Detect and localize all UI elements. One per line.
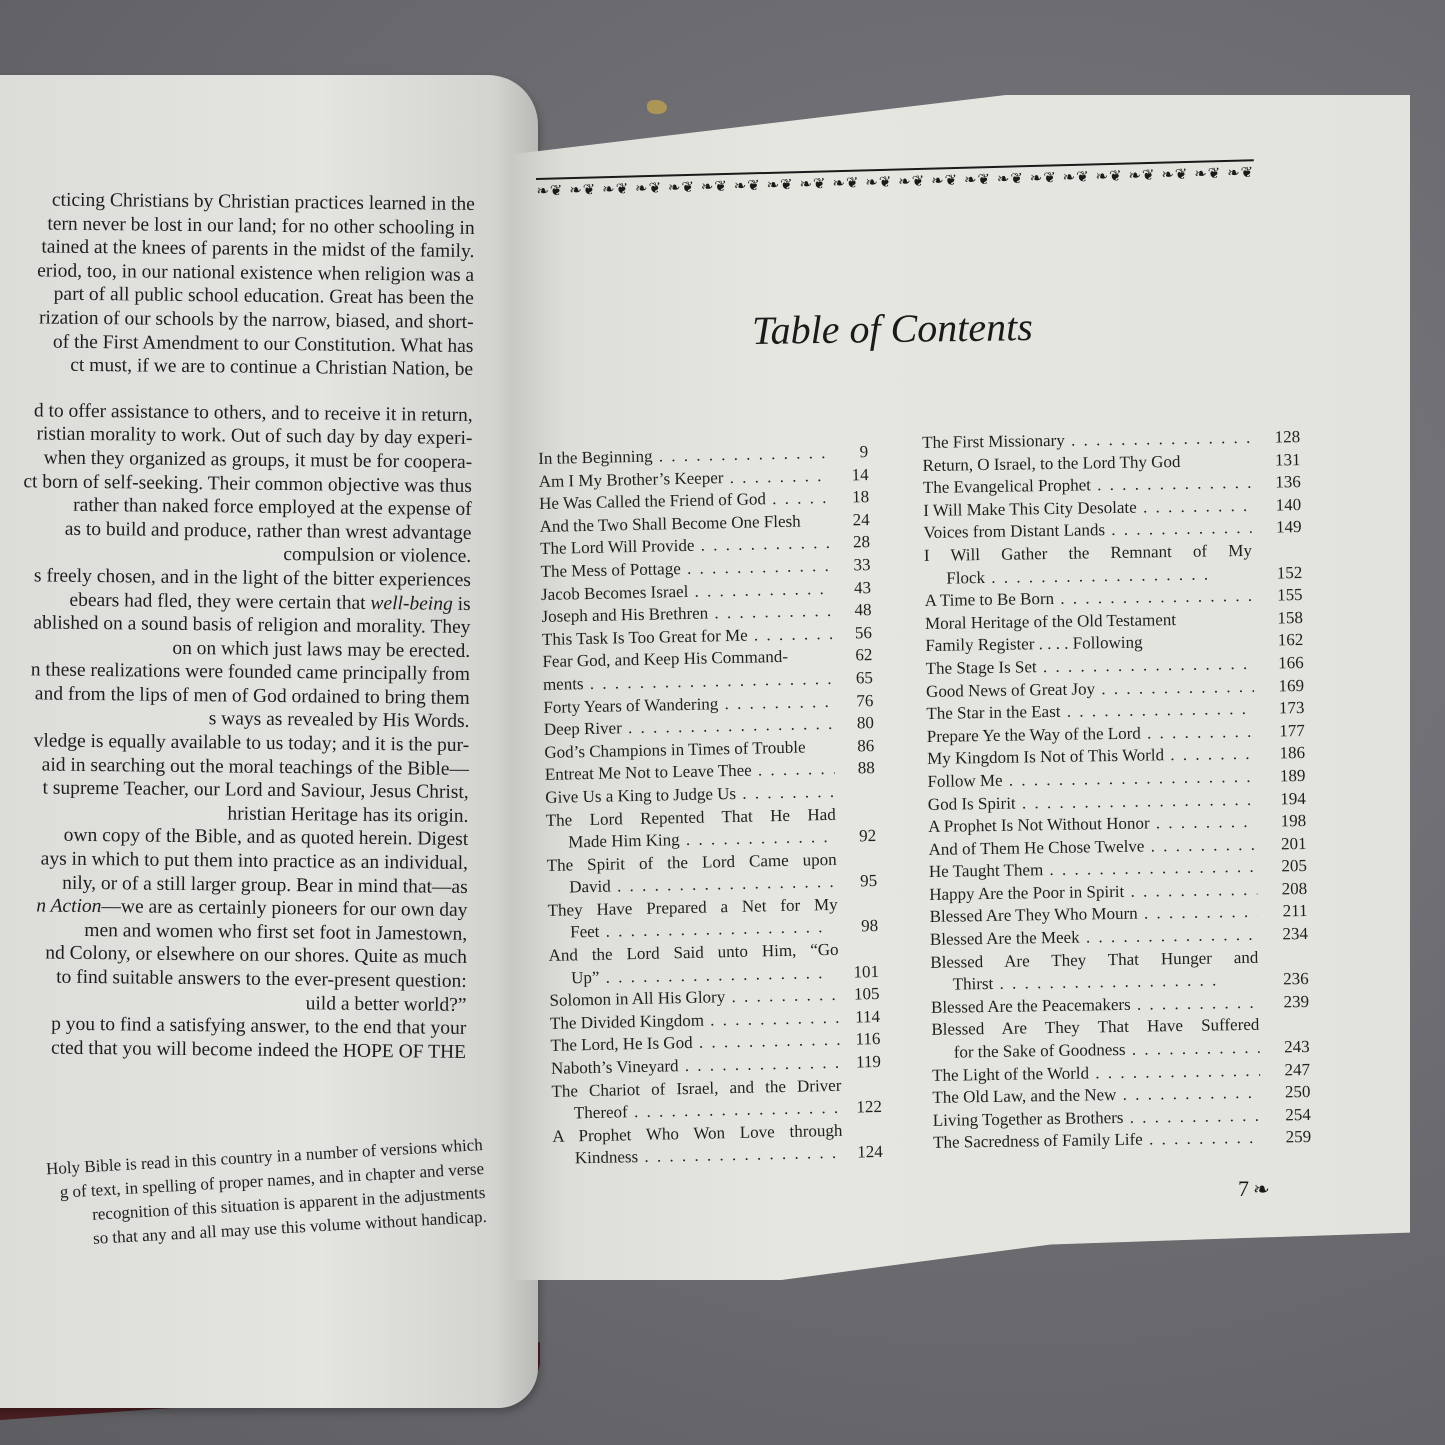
toc-entry-page: 152: [1252, 562, 1302, 585]
toc-entry-page: 166: [1254, 652, 1304, 675]
leaf-flourish-icon: ❧: [1253, 1179, 1270, 1201]
toc-entry-page: 250: [1260, 1081, 1310, 1104]
left-page-body: cticing Christians by Christian practice…: [0, 188, 475, 1064]
toc-entry-page: 194: [1256, 788, 1306, 811]
toc-entry: The Lord Repented That He HadMade Him Ki…: [546, 803, 877, 855]
toc-entry: Blessed Are They That Hunger andThirst23…: [930, 946, 1309, 997]
toc-entry-title: The Chariot of Israel, and the Driver: [551, 1075, 841, 1100]
toc-entry-title: And the Lord Said unto Him, “Go: [548, 940, 838, 965]
toc-entry-page: 48: [831, 599, 871, 622]
toc-entry-page: 101: [839, 961, 879, 984]
toc-entry: And the Lord Said unto Him, “GoUp”101: [548, 938, 879, 990]
toc-entry-page: 62: [832, 644, 872, 667]
left-page: cticing Christians by Christian practice…: [0, 75, 538, 1408]
body-text-line: ct must, if we are to continue a Christi…: [0, 353, 473, 382]
toc-entry-page: 243: [1260, 1036, 1310, 1059]
toc-entry-page: 98: [838, 915, 878, 938]
toc-entry-page: 211: [1257, 900, 1307, 923]
toc-entry-page: 122: [842, 1096, 882, 1119]
toc-entry: They Have Prepared a Net for MyFeet98: [547, 893, 878, 945]
toc-entry-title: They Have Prepared a Net for My: [547, 895, 837, 920]
toc-entry-page: 189: [1255, 765, 1305, 788]
toc-entry-page: 9: [828, 441, 868, 464]
toc-entry-page: 177: [1255, 720, 1305, 743]
toc-entry-page: 236: [1258, 968, 1308, 991]
toc-entry-page: 149: [1251, 516, 1301, 539]
toc-entry-page: 76: [833, 690, 873, 713]
toc-entry-page: 158: [1253, 607, 1303, 630]
toc-entry-page: 24: [829, 509, 869, 532]
toc-entry: I Will Gather the Remnant of MyFlock152: [924, 539, 1303, 590]
toc-entry-title: Blessed Are They That Hunger and: [930, 947, 1258, 971]
toc-entry-page: 239: [1259, 991, 1309, 1014]
toc-entry-page: 208: [1257, 878, 1307, 901]
toc-entry-page: 105: [839, 983, 879, 1006]
toc-entry-page: 131: [1250, 449, 1300, 472]
toc-entry-page: 128: [1250, 426, 1300, 449]
toc-entry-page: 43: [831, 577, 871, 600]
toc-entry: A Prophet Who Won Love throughKindness12…: [552, 1119, 883, 1171]
toc-entry-page: 155: [1252, 584, 1302, 607]
toc-entry-page: 169: [1254, 675, 1304, 698]
body-text-line: ablished on a sound basis of religion an…: [0, 611, 471, 640]
page-number: 7❧: [1238, 1176, 1270, 1202]
toc-entry-page: 162: [1253, 629, 1303, 652]
paper-stain: [647, 100, 667, 114]
toc-entry-page: 65: [833, 667, 873, 690]
body-text-line: n Action—we are as certainly pioneers fo…: [0, 894, 468, 923]
toc-entry: The Chariot of Israel, and the DriverThe…: [551, 1074, 882, 1126]
toc-entry-page: 140: [1251, 494, 1301, 517]
body-text-line: ct born of self-seeking. Their common ob…: [0, 469, 472, 498]
toc-entry-page: 173: [1254, 697, 1304, 720]
toc-entry-page: 116: [840, 1028, 880, 1051]
toc-entry-page: 234: [1258, 923, 1308, 946]
toc-entry-title: The Lord Repented That He Had: [546, 804, 836, 829]
toc-entry-title: The Spirit of the Lord Came upon: [547, 850, 837, 875]
toc-entry: Blessed Are They That Have Sufferedfor t…: [931, 1013, 1310, 1064]
toc-entry-page: 259: [1261, 1126, 1311, 1149]
toc-entry-page: 198: [1256, 810, 1306, 833]
body-text-line: cted that you will become indeed the HOP…: [0, 1036, 466, 1065]
toc-entry-page: 95: [837, 870, 877, 893]
toc-entry-page: 136: [1251, 471, 1301, 494]
body-text-line: to find suitable answers to the ever-pre…: [0, 965, 467, 994]
toc-entry-page: 33: [830, 554, 870, 577]
toc-entry-page: 56: [832, 622, 872, 645]
toc-entry-title: I Will Gather the Remnant of My: [924, 541, 1252, 565]
toc-entry-title: Blessed Are They That Have Suffered: [931, 1015, 1259, 1039]
page-title: Table of Contents: [752, 303, 1033, 354]
toc-entry: The Spirit of the Lord Came uponDavid95: [547, 848, 878, 900]
toc-entry-page: 28: [830, 531, 870, 554]
toc-entry-page: 14: [828, 464, 868, 487]
toc-entry-page: 254: [1261, 1104, 1311, 1127]
toc-entry-page: 124: [843, 1141, 883, 1164]
toc-entry-page: 92: [836, 825, 876, 848]
toc-entry-page: 86: [834, 735, 874, 758]
toc-entry-page: 186: [1255, 742, 1305, 765]
toc-entry-page: 201: [1256, 833, 1306, 856]
page-number-value: 7: [1238, 1176, 1249, 1201]
toc-column-2: The First Missionary128Return, O Israel,…: [922, 426, 1311, 1155]
toc-entry-page: 80: [834, 712, 874, 735]
left-page-footnote: Holy Bible is read in this country in a …: [0, 1133, 487, 1256]
toc-entry-page: 114: [840, 1006, 880, 1029]
toc-entry-page: 205: [1257, 855, 1307, 878]
toc-entry-page: 247: [1260, 1059, 1310, 1082]
body-text-line: t supreme Teacher, our Lord and Saviour,…: [0, 776, 469, 805]
toc-entry-title: A Prophet Who Won Love through: [552, 1121, 842, 1146]
toc-entry-page: 88: [835, 757, 875, 780]
toc-column-1: In the Beginning9Am I My Brother’s Keepe…: [538, 441, 883, 1171]
toc-entry-page: 18: [829, 486, 869, 509]
toc-entry-page: 119: [841, 1051, 881, 1074]
